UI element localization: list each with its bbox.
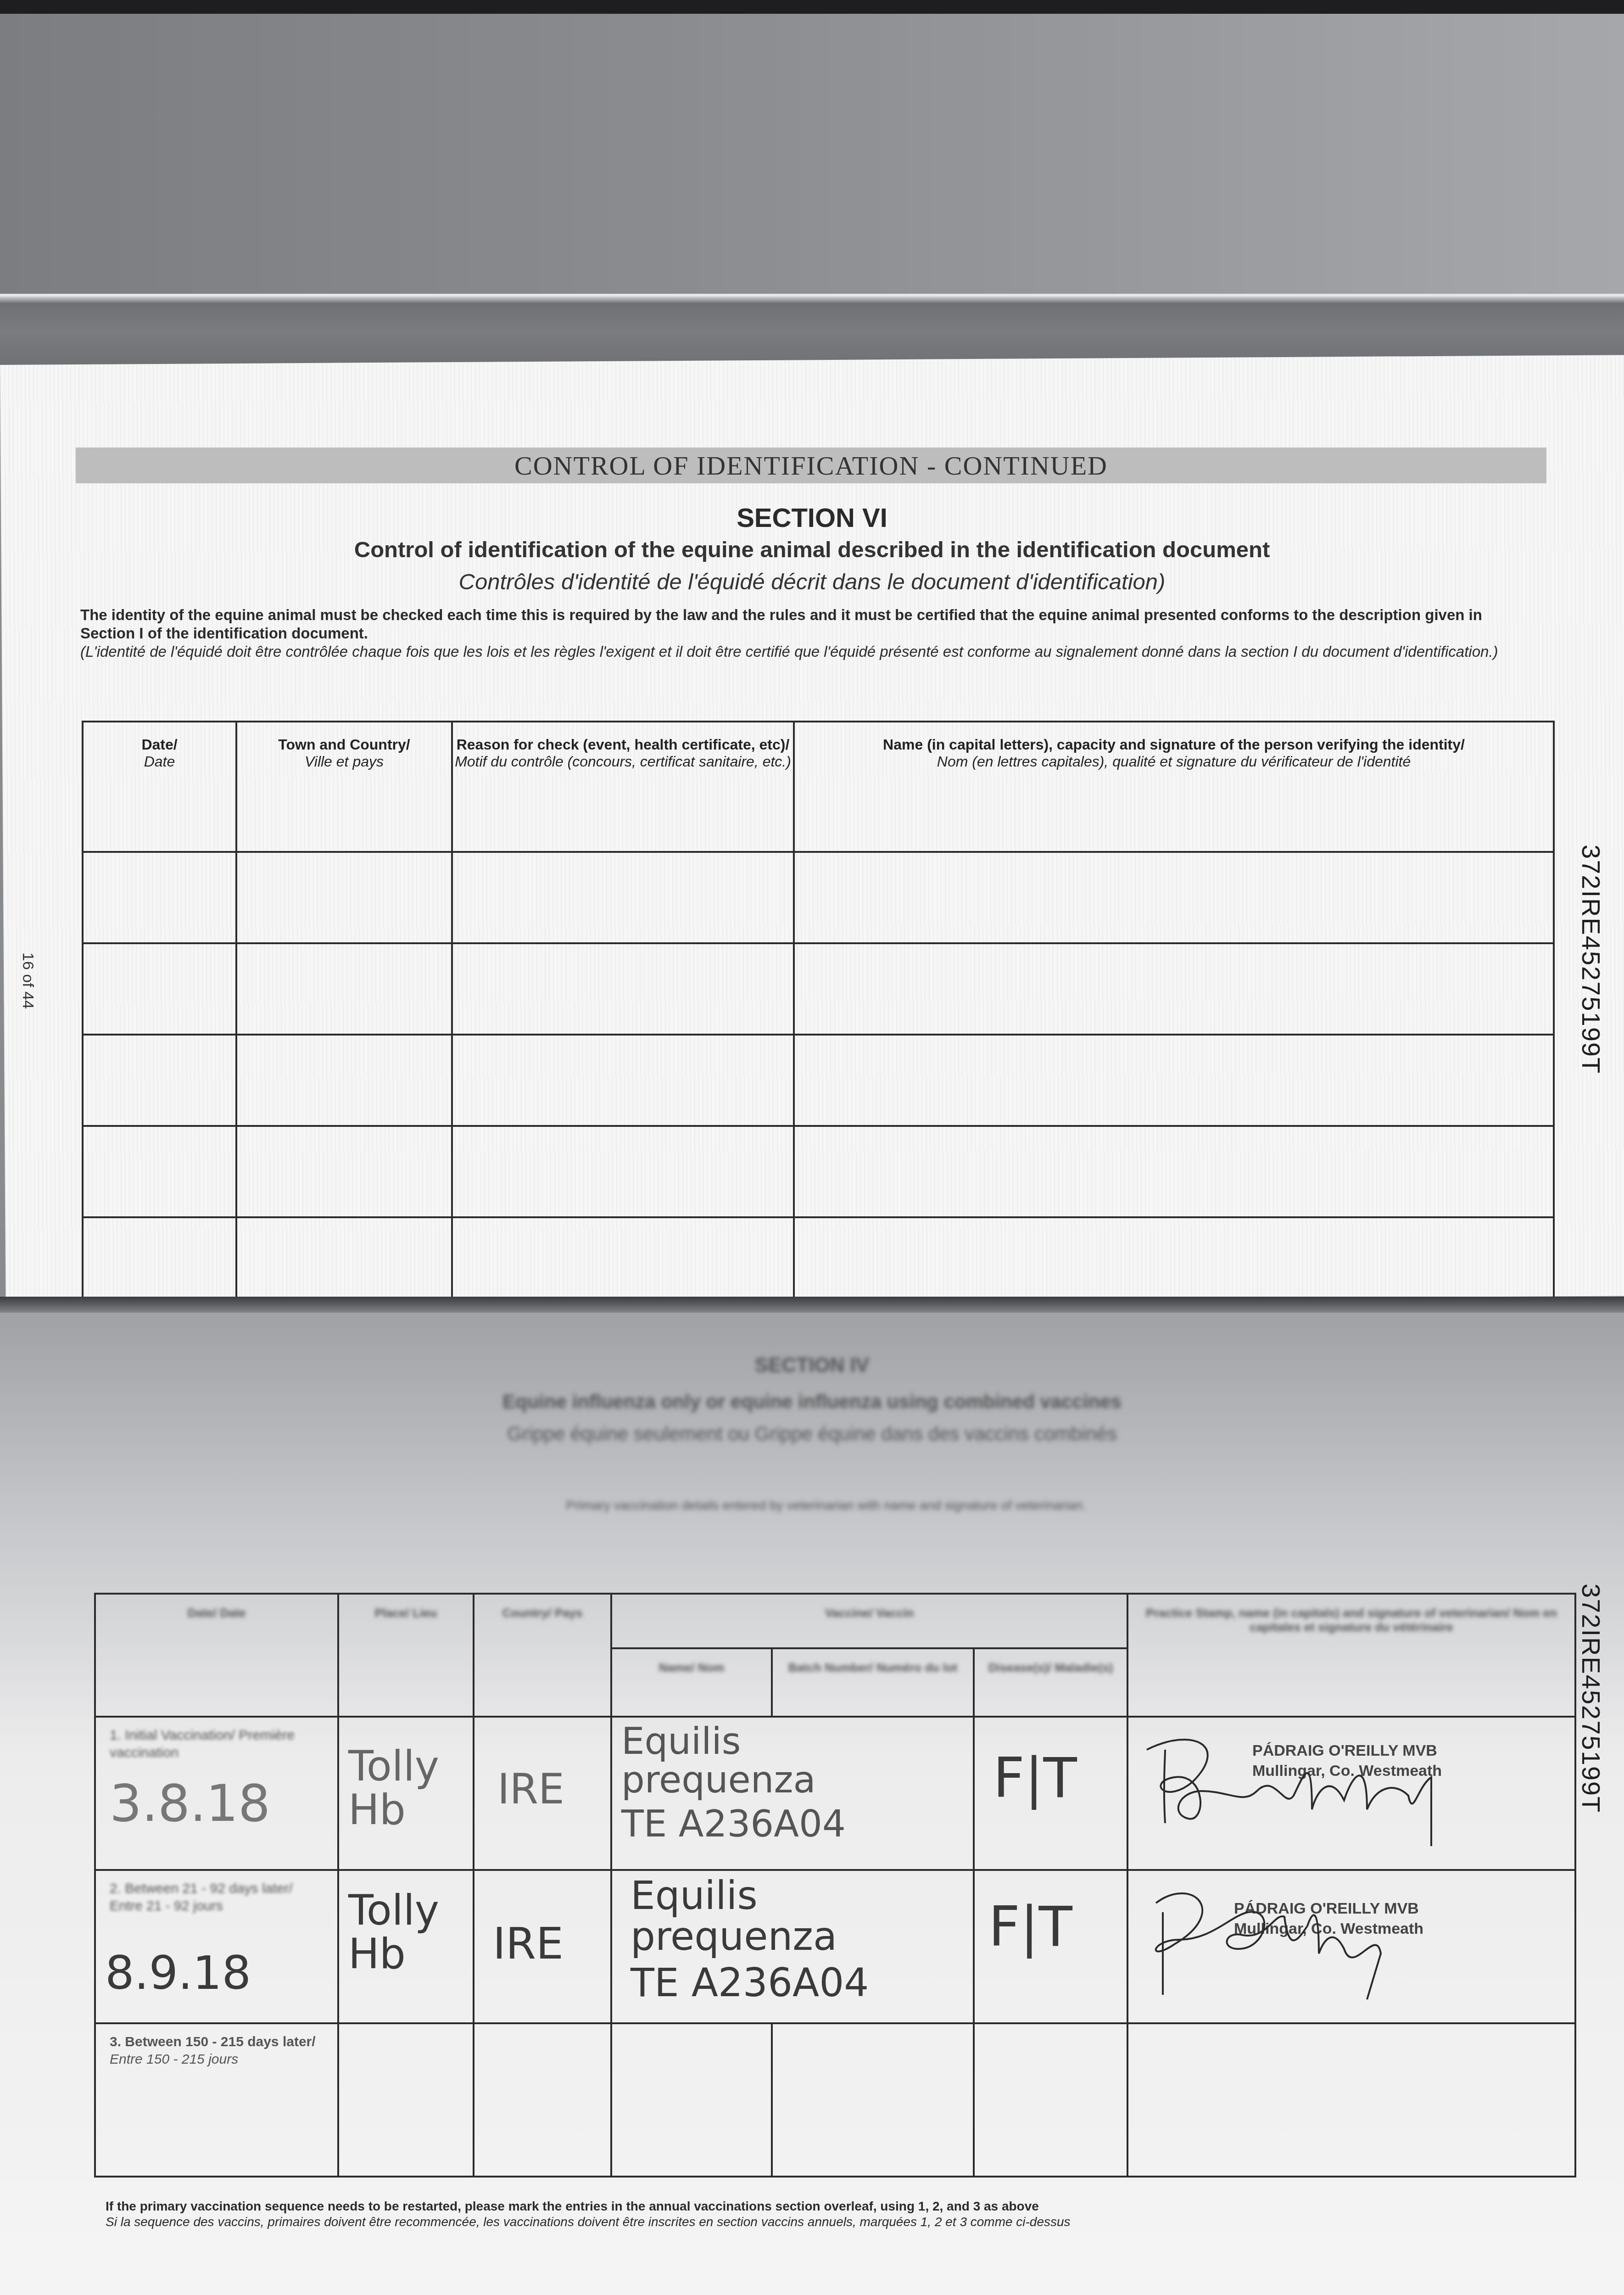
place-cell[interactable] (338, 2023, 474, 2177)
handwritten-diseases: F|T (988, 1898, 1072, 1956)
footer-en: If the primary vaccination sequence need… (106, 2199, 1071, 2214)
subtitle-fr: Contrôles d'identité de l'équidé décrit … (0, 569, 1624, 595)
handwritten-date: 8.9.18 (105, 1949, 251, 1997)
intro-text: The identity of the equine animal must b… (80, 606, 1526, 661)
passport-id-lower: 372IRE45275199T (1576, 1584, 1606, 1813)
row-label: 2. Between 21 - 92 days later/ Entre 21 … (96, 1871, 337, 1924)
row-label: 1. Initial Vaccination/ Première vaccina… (96, 1718, 337, 1771)
col-town-country: Town and Country/Ville et pays (236, 722, 452, 852)
row-label: 3. Between 150 - 215 days later/ Entre 1… (96, 2024, 337, 2077)
handwritten-diseases: F|T (993, 1750, 1077, 1808)
stamp-cell[interactable]: PÁDRAIG O'REILLY MVB Mullingar, Co. West… (1127, 1870, 1575, 2023)
row-label-cell[interactable]: 3. Between 150 - 215 days later/ Entre 1… (95, 2023, 338, 2177)
subtitle-en: Control of identification of the equine … (0, 537, 1624, 563)
passport-cover (0, 14, 1624, 308)
lower-section-title: SECTION IV (0, 1354, 1624, 1377)
place-cell[interactable]: Tolly Hb (338, 1717, 474, 1870)
handwritten-batch: TE A236A04 (621, 1805, 846, 1843)
vaccine-cell[interactable]: Equilis prequenza TE A236A04 (611, 1870, 974, 2023)
footer-note: If the primary vaccination sequence need… (106, 2199, 1071, 2230)
handwritten-country: IRE (493, 1921, 564, 1967)
col-country: Country/ Pays (474, 1594, 611, 1717)
handwritten-date: 3.8.18 (110, 1777, 270, 1830)
signature-icon (1138, 1731, 1496, 1851)
batch-cell[interactable] (772, 2023, 974, 2177)
section-banner: CONTROL OF IDENTIFICATION - CONTINUED (76, 448, 1546, 483)
vaccination-table: Date/ Date Place/ Lieu Country/ Pays Vac… (94, 1593, 1576, 2177)
handwritten-vaccine-name: Equilis prequenza (621, 1722, 943, 1799)
section-title: SECTION VI (0, 503, 1624, 533)
col-verifier: Name (in capital letters), capacity and … (794, 722, 1554, 852)
country-cell[interactable] (474, 2023, 611, 2177)
handwritten-place: Tolly Hb (348, 1745, 468, 1832)
table-row: 3. Between 150 - 215 days later/ Entre 1… (95, 2023, 1575, 2177)
scanner-edge (0, 0, 1624, 14)
handwritten-batch: TE A236A04 (631, 1963, 869, 2004)
table-row (83, 1035, 1554, 1126)
stamp-cell[interactable] (1127, 2023, 1575, 2177)
col-diseases: Disease(s)/ Maladie(s) (974, 1648, 1127, 1717)
table-header-row: Date/ Date Place/ Lieu Country/ Pays Vac… (95, 1594, 1575, 1648)
diseases-cell[interactable]: F|T (974, 1870, 1127, 2023)
passport-id-upper: 372IRE45275199T (1576, 845, 1606, 1074)
col-vaccine: Vaccine/ Vaccin (611, 1594, 1127, 1648)
identity-check-table: Date/Date Town and Country/Ville et pays… (82, 721, 1555, 1310)
intro-fr: (L'identité de l'équidé doit être contrô… (80, 643, 1498, 660)
country-cell[interactable]: IRE (474, 1717, 611, 1870)
table-row (83, 1126, 1554, 1217)
col-date: Date/Date (83, 722, 236, 852)
col-reason: Reason for check (event, health certific… (452, 722, 794, 852)
col-stamp: Practice Stamp, name (in capitals) and s… (1127, 1594, 1575, 1717)
footer-fr: Si la sequence des vaccins, primaires do… (106, 2214, 1071, 2230)
table-row (83, 852, 1554, 943)
row-label-cell[interactable]: 1. Initial Vaccination/ Première vaccina… (95, 1717, 338, 1870)
page-number: 16 of 44 (19, 952, 37, 1009)
diseases-cell[interactable]: F|T (974, 1717, 1127, 1870)
table-row (83, 1217, 1554, 1309)
col-vaccine-name: Name/ Nom (611, 1648, 772, 1717)
table-header-row: Date/Date Town and Country/Ville et pays… (83, 722, 1554, 852)
row-label-cell[interactable]: 2. Between 21 - 92 days later/ Entre 21 … (95, 1870, 338, 2023)
lower-title-en: Equine influenza only or equine influenz… (0, 1391, 1624, 1413)
vaccine-name-cell[interactable] (611, 2023, 772, 2177)
handwritten-country: IRE (497, 1768, 564, 1812)
table-row (83, 943, 1554, 1035)
table-row: 2. Between 21 - 92 days later/ Entre 21 … (95, 1870, 1575, 2023)
signature-icon (1138, 1885, 1496, 2004)
stamp-cell[interactable]: PÁDRAIG O'REILLY MVB Mullingar, Co. West… (1127, 1717, 1575, 1870)
handwritten-vaccine-name: Equilis prequenza (631, 1875, 952, 1958)
country-cell[interactable]: IRE (474, 1870, 611, 2023)
diseases-cell[interactable] (974, 2023, 1127, 2177)
lower-title-fr: Grippe équine seulement ou Grippe équine… (0, 1423, 1624, 1445)
col-batch: Batch Number/ Numéro du lot (772, 1648, 974, 1717)
vaccine-cell[interactable]: Equilis prequenza TE A236A04 (611, 1717, 974, 1870)
place-cell[interactable]: Tolly Hb (338, 1870, 474, 2023)
table-row: 1. Initial Vaccination/ Première vaccina… (95, 1717, 1575, 1870)
col-date: Date/ Date (95, 1594, 338, 1717)
handwritten-place: Tolly Hb (348, 1889, 468, 1976)
lower-intro: Primary vaccination details entered by v… (92, 1496, 1560, 1515)
col-place: Place/ Lieu (338, 1594, 474, 1717)
intro-en: The identity of the equine animal must b… (80, 606, 1482, 642)
